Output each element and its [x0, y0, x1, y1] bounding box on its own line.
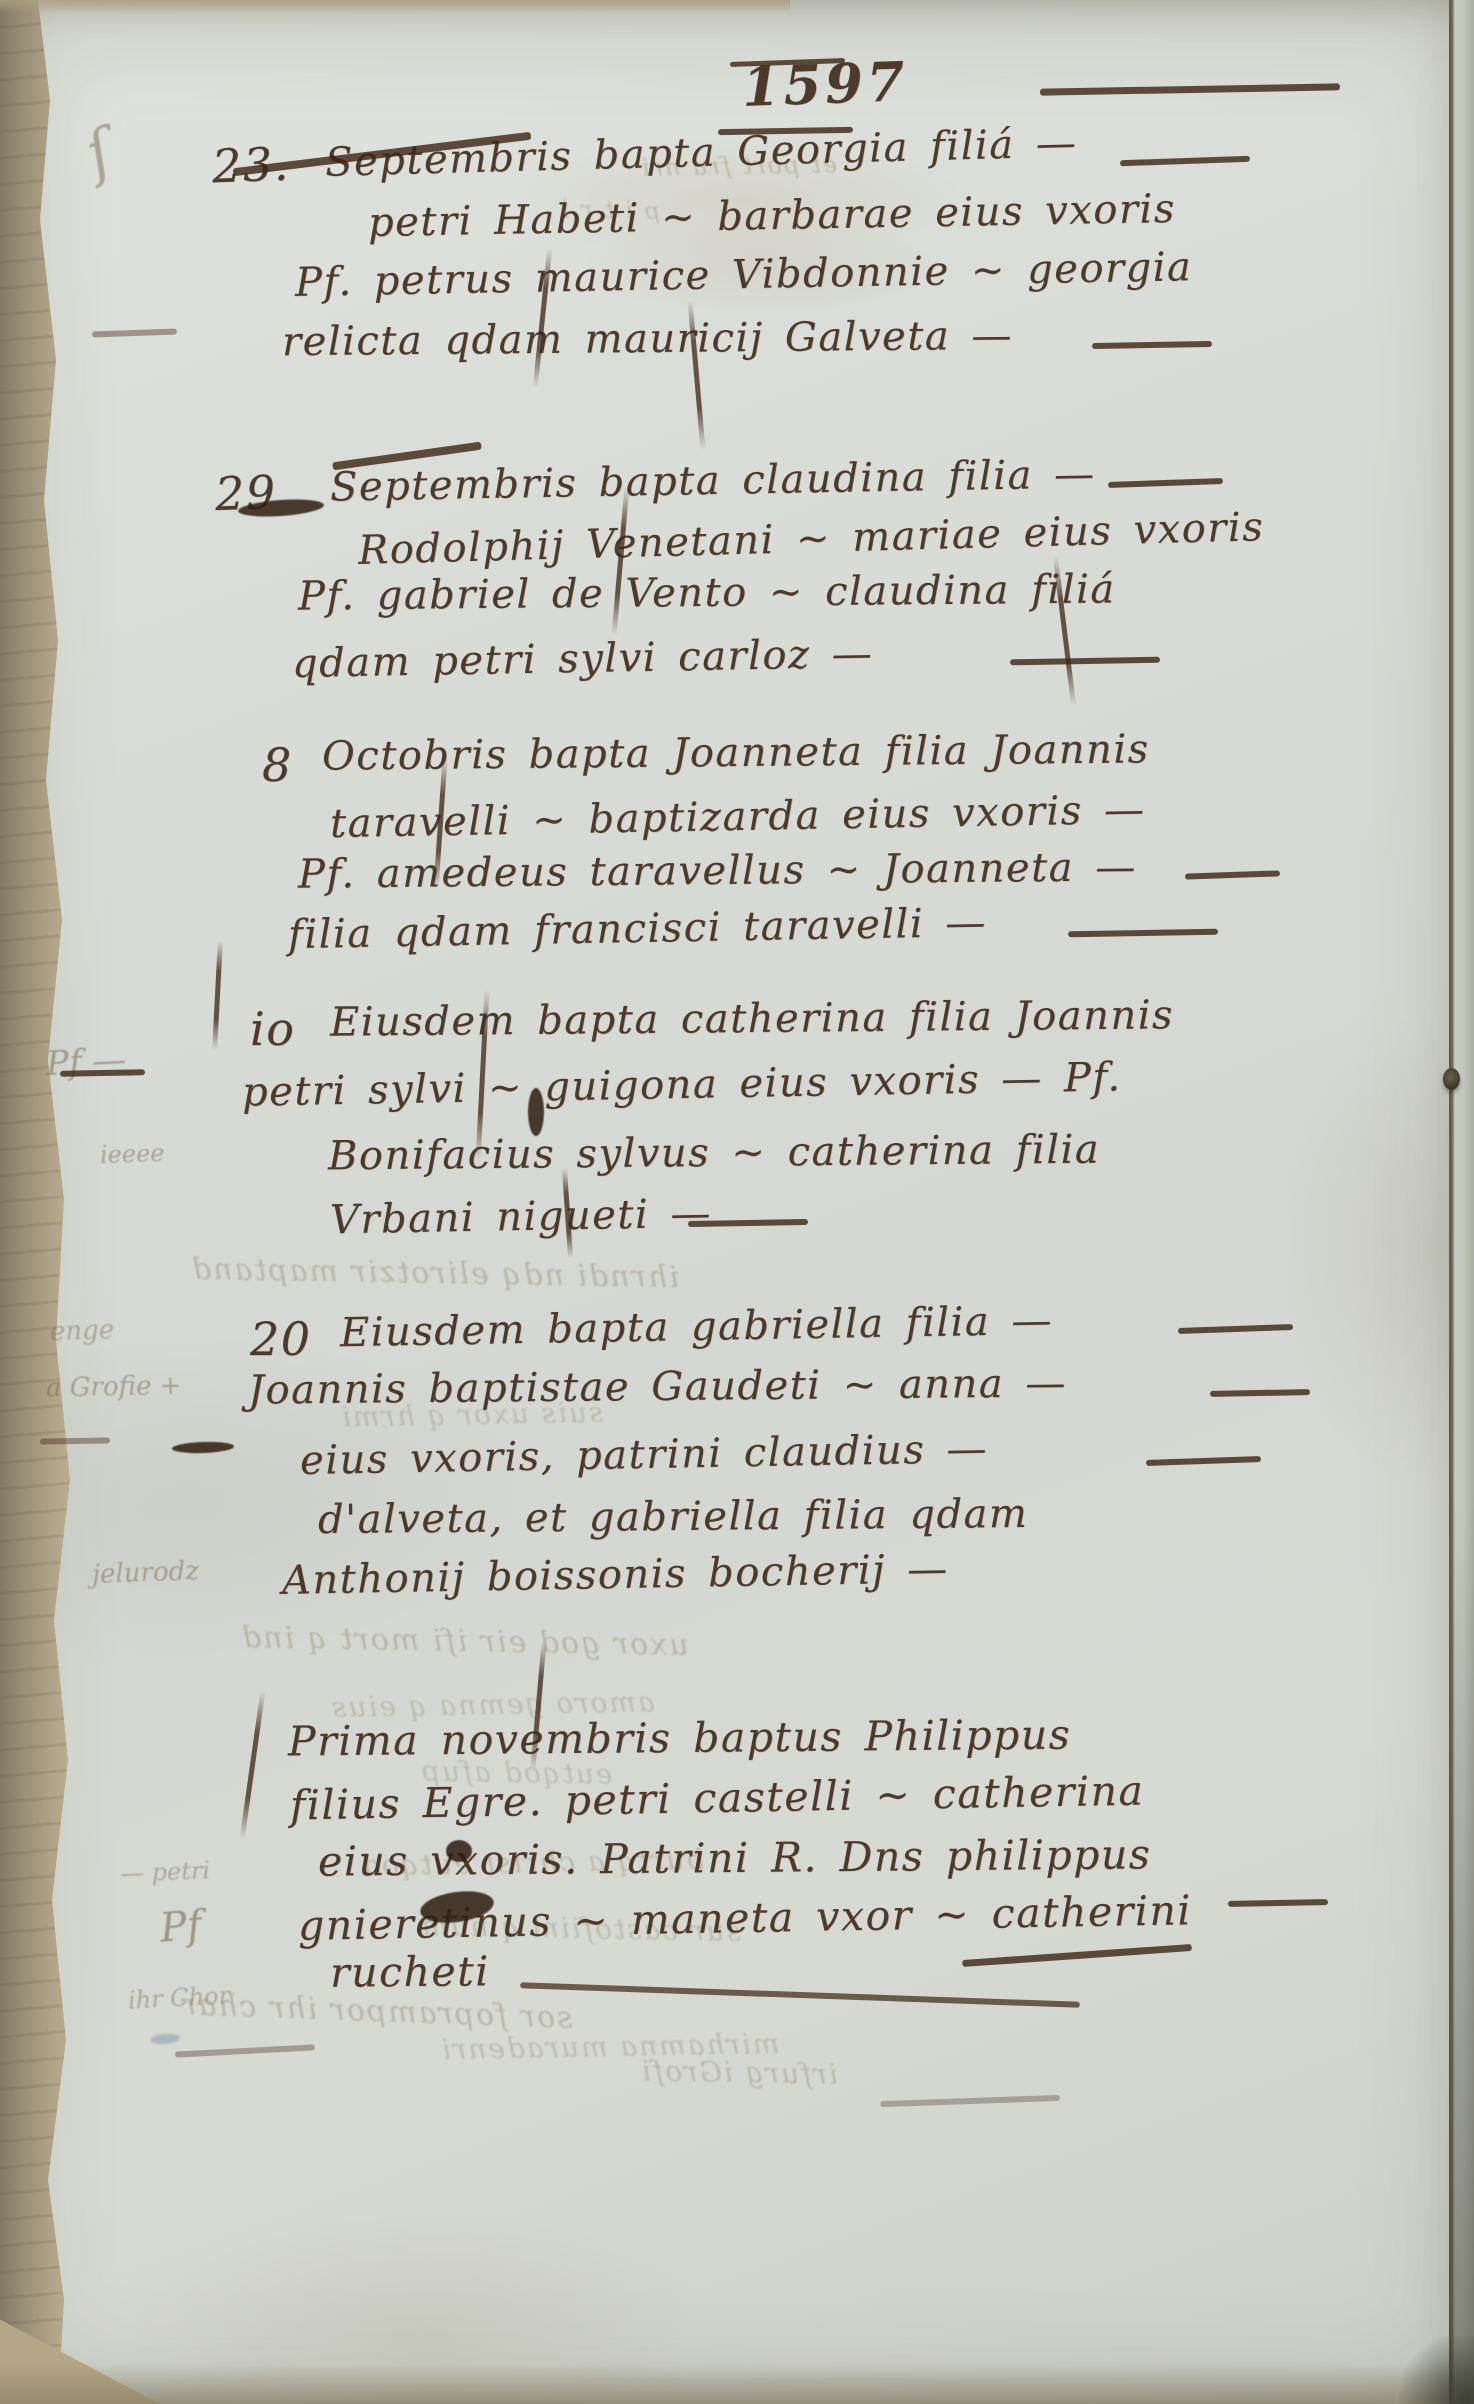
marginal-note: ihr Chor — [127, 1981, 230, 2014]
entry-line: Vrbani nigueti — — [330, 1191, 713, 1244]
marginal-note: a Grofie + — [46, 1371, 182, 1403]
entry-day: 20 — [250, 1312, 312, 1366]
marginal-note: jelurodz — [92, 1556, 200, 1590]
marginal-note: Pf — [158, 1902, 204, 1951]
ink-dash — [40, 1437, 110, 1444]
manuscript-page: 1597 23. Septembris bapta Georgia filiá … — [0, 0, 1474, 2404]
marginal-note: ieeee — [100, 1139, 165, 1169]
entry-day: 8 — [262, 738, 293, 792]
entry-line: Prima novembris baptus Philippus — [288, 1711, 1072, 1766]
entry-line: Eiusdem bapta catherina filia Joannis — [330, 992, 1174, 1045]
marginal-note: enge — [49, 1315, 114, 1347]
binding-stitch — [1443, 1068, 1460, 1090]
entry-line: Pf. amedeus taravellus ~ Joanneta — — [298, 844, 1137, 897]
entry-day: io — [250, 1002, 295, 1056]
bleedthrough-text: irfurg iGrofi — [640, 2054, 838, 2090]
page-edge-bottom-shade — [0, 2362, 1474, 2404]
binding-crease-shadow — [1449, 1490, 1474, 2404]
entry-line: eius vxoris. Patrini R. Dns philippus — [318, 1830, 1152, 1885]
ink-blot — [446, 1840, 472, 1862]
entry-line: relicta qdam mauricij Galveta — — [282, 313, 1013, 365]
cover-corner-dark — [1398, 2336, 1474, 2404]
page-edge-top — [0, 0, 790, 13]
entry-line: Pf. gabriel de Vento ~ claudina filiá — [298, 566, 1116, 619]
binding-crease — [1449, 0, 1474, 2404]
marginal-note: Pf — — [45, 1040, 127, 1084]
entry-line: rucheti — [330, 1947, 490, 1996]
marginal-note: — petri — [120, 1856, 211, 1887]
entry-line: Bonifacius sylvus ~ catherina filia — [328, 1127, 1101, 1180]
entry-line: d'alveta, et gabriella filia qdam — [318, 1491, 1029, 1543]
ink-blot — [528, 1088, 544, 1136]
entry-line: Joannis baptistae Gaudeti ~ anna — — [248, 1360, 1067, 1413]
